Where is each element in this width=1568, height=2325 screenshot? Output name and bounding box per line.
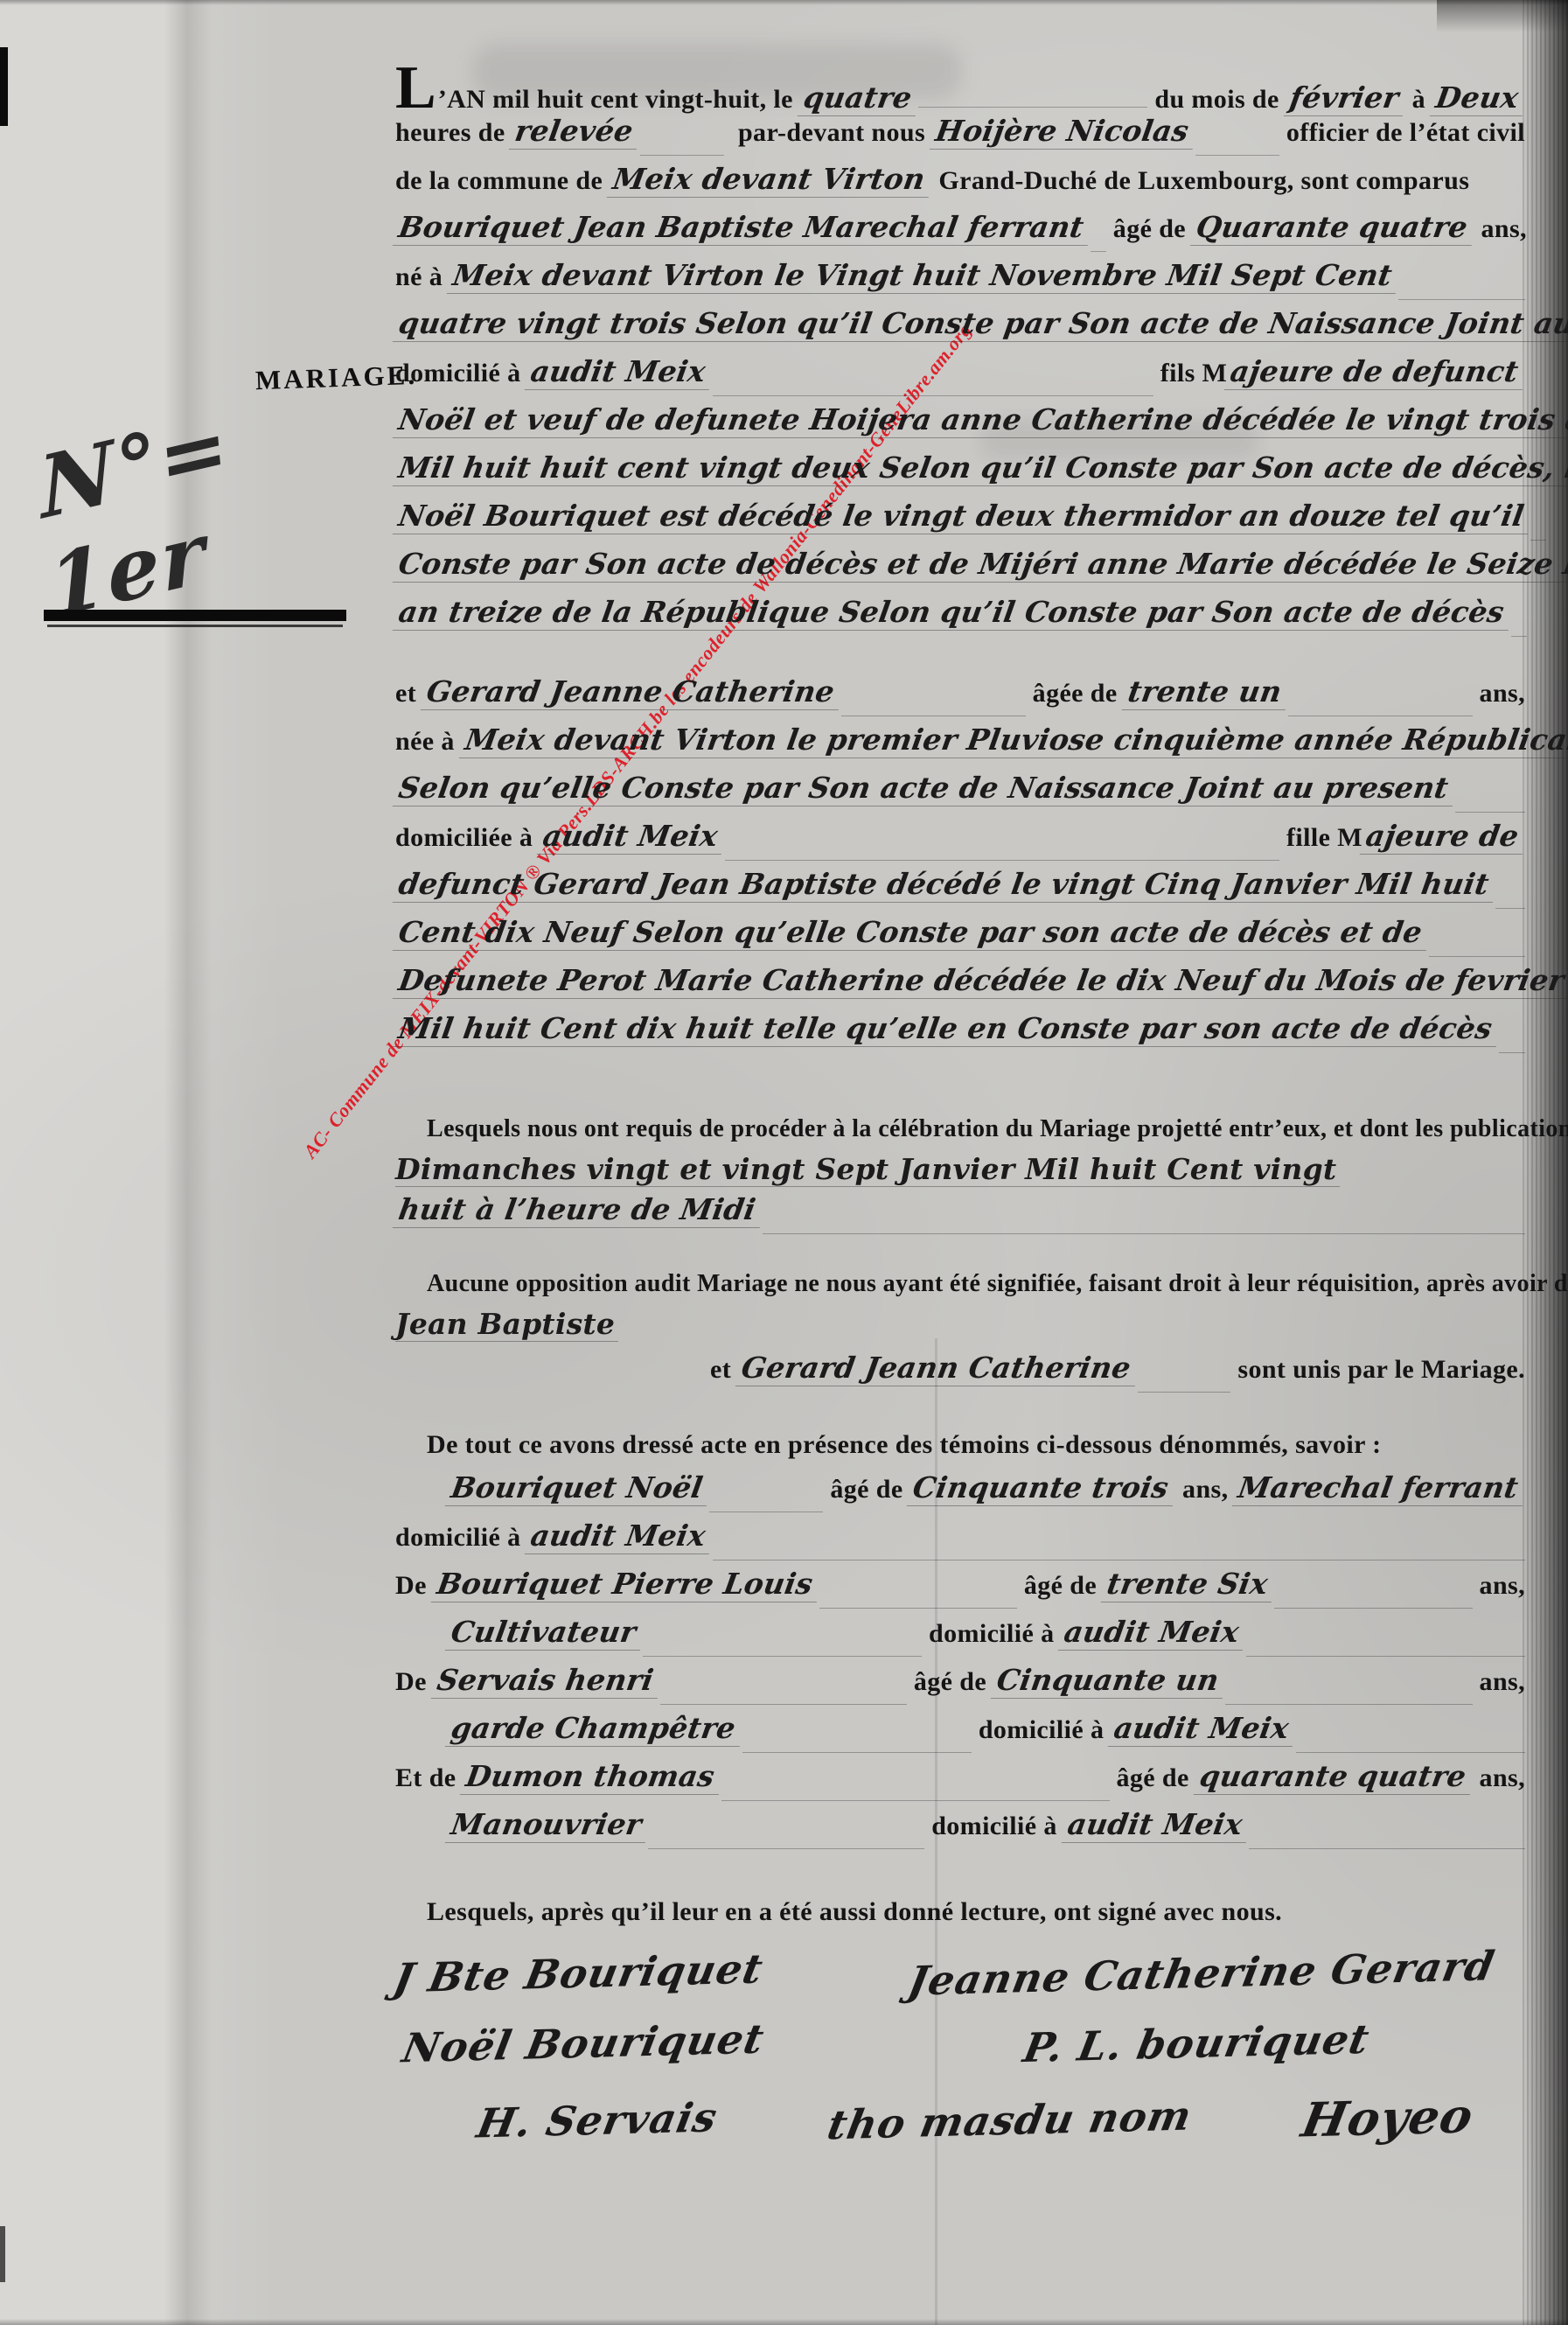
handwritten-text: audit Meix	[1108, 1711, 1299, 1747]
handwritten-text: quatre	[797, 80, 921, 116]
margin-act-number: N°= 1er	[36, 368, 360, 638]
signature: H. Servais	[473, 2093, 721, 2147]
printed-text: Aucune opposition audit Mariage ne nous …	[427, 1270, 1568, 1297]
form-line: Conste par Son acte de décès et de Mijér…	[395, 547, 1525, 595]
form-line: domicilié à audit Meix fils Majeure de d…	[395, 354, 1525, 402]
printed-text: De	[395, 1571, 434, 1601]
blank-rule	[1530, 538, 1546, 541]
printed-text: domiciliée à	[395, 823, 540, 853]
blank-rule	[1225, 1702, 1472, 1705]
handwritten-text: Cent dix Neuf Selon qu’elle Conste par s…	[393, 915, 1432, 951]
signature: Jeanne Catherine Gerard	[904, 1942, 1498, 2004]
printed-text: sont unis par le Mariage.	[1230, 1355, 1525, 1385]
handwritten-text: Meix devant Virton le premier Pluviose c…	[458, 723, 1568, 758]
printed-text: et	[710, 1355, 738, 1385]
paragraph: De tout ce avons dressé acte en présence…	[395, 1425, 1525, 1465]
handwritten-text: garde Champêtre	[445, 1711, 745, 1747]
form-line: domicilié à audit Meix	[395, 1519, 1525, 1567]
blank-rule	[709, 1510, 823, 1512]
handwritten-text: Cultivateur	[445, 1615, 645, 1651]
handwritten-text: audit Meix	[1058, 1615, 1249, 1651]
printed-text: domicilié à	[922, 1619, 1061, 1649]
form-line: De Servais henri âgé de Cinquante un ans…	[395, 1663, 1525, 1711]
handwritten-text: Deux	[1430, 80, 1529, 116]
handwritten-text: trente Six	[1101, 1567, 1278, 1602]
page-edge	[0, 2319, 1568, 2325]
blank-rule	[721, 1798, 1110, 1801]
printed-text: âgé de	[823, 1475, 909, 1505]
printed-text: âgée de	[1026, 679, 1125, 709]
blank-rule	[1138, 1390, 1231, 1393]
blank-rule	[1398, 297, 1525, 300]
blank-rule	[1246, 1654, 1525, 1657]
signature: Noël Bouriquet	[399, 2015, 769, 2072]
handwritten-text: Gerard Jeanne Catherine	[421, 674, 844, 710]
form-line: an treize de la République Selon qu’il C…	[395, 595, 1525, 643]
form-line: Noël Bouriquet est décédé le vingt deux …	[395, 499, 1525, 547]
printed-text: Lesquels, après qu’il leur en a été auss…	[427, 1897, 1282, 1926]
signature: P. L. bouriquet	[1020, 2015, 1374, 2071]
blank-rule	[841, 714, 1026, 716]
printed-text: à	[1405, 85, 1432, 115]
signature: Hoyeo	[1298, 2087, 1479, 2147]
form-line: garde Champêtre domicilié à audit Meix	[395, 1711, 1525, 1759]
handwritten-text: relevée	[509, 114, 643, 150]
printed-text: fille M	[1279, 823, 1362, 853]
form-line: domiciliée à audit Meix fille Majeure de	[395, 819, 1525, 867]
section-bride: et Gerard Jeanne Catherine âgée de trent…	[395, 674, 1525, 1059]
handwritten-text: ajeure de defunct	[1224, 354, 1528, 390]
handwritten-text: Bouriquet Noël	[445, 1470, 713, 1506]
form-line: née à Meix devant Virton le premier Pluv…	[395, 723, 1525, 771]
blank-rule	[819, 1606, 1017, 1609]
printed-text: âgé de	[1110, 1763, 1196, 1793]
blank-rule	[1274, 1606, 1472, 1609]
handwritten-text: quatre vingt trois Selon qu’il Conste pa…	[393, 306, 1568, 342]
handwritten-text: Gerard Jeann Catherine	[735, 1351, 1140, 1386]
blank-rule	[1296, 1750, 1525, 1753]
book-edge	[1523, 0, 1568, 2325]
blank-rule	[648, 1847, 924, 1849]
printed-text: Et de	[395, 1763, 463, 1793]
blank-rule	[1429, 954, 1525, 957]
form-line: Bouriquet Jean Baptiste Marechal ferrant…	[395, 210, 1525, 258]
blank-rule	[918, 105, 1147, 108]
printed-text: et	[395, 679, 423, 709]
form-line: Mil huit huit cent vingt deux Selon qu’i…	[395, 450, 1525, 499]
blank-rule	[1288, 714, 1473, 716]
handwritten-text: février	[1283, 80, 1408, 116]
printed-text: ans,	[1473, 1667, 1525, 1697]
handwritten-text: Noël Bouriquet est décédé le vingt deux …	[393, 499, 1534, 534]
handwritten-text: Defunete Perot Marie Catherine décédée l…	[393, 963, 1568, 999]
handwritten-text: an treize de la République Selon qu’il C…	[393, 595, 1514, 631]
page-corner-shadow	[1437, 0, 1568, 40]
act-body: L’AN mil huit cent vingt-huit, le quatre…	[395, 58, 1525, 2160]
handwritten-text: Cinquante un	[991, 1663, 1229, 1699]
blank-rule	[725, 858, 1279, 861]
printed-text: par-devant nous	[724, 118, 932, 148]
blank-rule	[1511, 634, 1527, 637]
handwritten-text: Mil huit Cent dix huit telle qu’elle en …	[393, 1011, 1502, 1047]
printed-text: du mois de	[1147, 85, 1286, 115]
form-line: et Gerard Jeanne Catherine âgée de trent…	[395, 674, 1525, 723]
handwritten-text: audit Meix	[525, 1519, 715, 1554]
printed-text: ans,	[1473, 1763, 1525, 1793]
handwritten-text: audit Meix	[1061, 1807, 1251, 1843]
signature: J Bte Bouriquet	[390, 1945, 767, 2002]
signature: tho masdu nom	[824, 2092, 1195, 2149]
blank-rule	[1495, 906, 1525, 909]
handwritten-text: Manouvrier	[445, 1807, 652, 1843]
blank-rule	[713, 394, 1153, 396]
scan-edge-mark	[0, 47, 8, 126]
blank-rule	[1195, 153, 1279, 156]
handwritten-text: Bouriquet Jean Baptiste Marechal ferrant	[393, 210, 1093, 246]
form-line: quatre vingt trois Selon qu’il Conste pa…	[395, 306, 1525, 354]
printed-text: de la commune de	[395, 166, 610, 196]
section-witnesses: Bouriquet Noël âgé de Cinquante trois an…	[395, 1470, 1525, 1855]
handwritten-text: trente un	[1121, 674, 1291, 710]
form-line: heures de relevée par-devant nous Hoijèr…	[395, 114, 1525, 162]
form-line: L’AN mil huit cent vingt-huit, le quatre…	[395, 58, 1525, 114]
printed-text: domicilié à	[924, 1812, 1063, 1841]
paragraph: Lesquels nous ont requis de procéder à l…	[395, 1107, 1525, 1192]
drop-cap: L	[395, 58, 436, 119]
signature-row: J Bte BouriquetJeanne Catherine Gerard	[395, 1950, 1525, 2020]
form-line: Noël et veuf de defunete Hoijera anne Ca…	[395, 402, 1525, 450]
handwritten-text: Bouriquet Pierre Louis	[430, 1567, 821, 1602]
form-line: et Gerard Jeann Catherine sont unis par …	[395, 1351, 1525, 1399]
form-line: Bouriquet Noël âgé de Cinquante trois an…	[395, 1470, 1525, 1519]
scan-edge-mark	[0, 2226, 5, 2282]
signature-row: H. Servaistho masdu nomHoyeo	[395, 2090, 1525, 2160]
handwritten-text: Noël et veuf de defunete Hoijera anne Ca…	[393, 402, 1568, 438]
blank-rule	[713, 1558, 1525, 1560]
blank-rule	[640, 153, 724, 156]
printed-text: Grand-Duché de Luxembourg, sont comparus	[932, 166, 1470, 196]
handwritten-text: audit Meix	[537, 819, 728, 855]
handwritten-text: Servais henri	[430, 1663, 662, 1699]
printed-text: ans,	[1473, 679, 1525, 709]
blank-rule	[1091, 249, 1106, 252]
form-line: Et de Dumon thomas âgé de quarante quatr…	[395, 1759, 1525, 1807]
form-line: né à Meix devant Virton le Vingt huit No…	[395, 258, 1525, 306]
printed-text: Lesquels nous ont requis de procéder à l…	[427, 1115, 1568, 1142]
printed-text: ans,	[1473, 1571, 1525, 1601]
printed-text: âgé de	[1017, 1571, 1104, 1601]
handwritten-text: Hoijère Nicolas	[930, 114, 1198, 150]
handwritten-text: Mil huit huit cent vingt deux Selon qu’i…	[393, 450, 1568, 486]
form-line: De Bouriquet Pierre Louis âgé de trente …	[395, 1567, 1525, 1615]
section-publications: Lesquels nous ont requis de procéder à l…	[395, 1107, 1525, 1192]
printed-text: De	[395, 1667, 434, 1697]
document-scan: MARIAGE. N°= 1er AC- Commune de MEIX-dev…	[0, 0, 1568, 2325]
printed-text: né à	[395, 262, 449, 292]
handwritten-text: huit à l’heure de Midi	[393, 1192, 765, 1228]
section-publications-2: huit à l’heure de Midi	[395, 1192, 1525, 1240]
blank-rule	[1249, 1847, 1525, 1849]
form-line: Mil huit Cent dix huit telle qu’elle en …	[395, 1011, 1525, 1059]
section-signatures: J Bte BouriquetJeanne Catherine GerardNo…	[395, 1950, 1525, 2160]
handwritten-text: quarante quatre	[1193, 1759, 1475, 1795]
section-union: et Gerard Jeann Catherine sont unis par …	[395, 1351, 1525, 1399]
form-line: Cent dix Neuf Selon qu’elle Conste par s…	[395, 915, 1525, 963]
handwritten-text: Conste par Son acte de décès et de Mijér…	[393, 547, 1568, 583]
handwritten-text: ajeure de	[1360, 819, 1529, 855]
handwritten-text: Quarante quatre	[1190, 210, 1477, 246]
blank-rule	[643, 1654, 922, 1657]
form-line: de la commune de Meix devant Virton Gran…	[395, 162, 1525, 210]
handwritten-text: Marechal ferrant	[1232, 1470, 1528, 1506]
printed-text: âgé de	[907, 1667, 993, 1697]
form-line: defunct Gerard Jean Baptiste décédé le v…	[395, 867, 1525, 915]
page-edge	[0, 0, 1568, 5]
blank-rule	[1499, 1051, 1525, 1053]
margin-separator-bar	[44, 610, 346, 621]
section-witness-intro: De tout ce avons dressé acte en présence…	[395, 1425, 1525, 1465]
handwritten-text: Meix devant Virton	[607, 162, 935, 198]
form-line: Cultivateur domicilié à audit Meix	[395, 1615, 1525, 1663]
form-line: huit à l’heure de Midi	[395, 1192, 1525, 1240]
signature-row: Noël BouriquetP. L. bouriquet	[395, 2020, 1525, 2090]
blank-rule	[660, 1702, 907, 1705]
handwritten-text: Cinquante trois	[907, 1470, 1178, 1506]
section-opening: L’AN mil huit cent vingt-huit, le quatre…	[395, 58, 1525, 643]
paragraph: Aucune opposition audit Mariage ne nous …	[395, 1261, 1525, 1347]
printed-text: heures de	[395, 118, 512, 148]
handwritten-text: audit Meix	[525, 354, 715, 390]
section-closing: Lesquels, après qu’il leur en a été auss…	[395, 1892, 1525, 1932]
form-line: Defunete Perot Marie Catherine décédée l…	[395, 963, 1525, 1011]
printed-text: De tout ce avons dressé acte en présence…	[427, 1430, 1382, 1459]
printed-text: officier de l’état civil	[1279, 118, 1525, 148]
handwritten-text: Meix devant Virton le Vingt huit Novembr…	[447, 258, 1402, 294]
blank-rule	[742, 1750, 972, 1753]
printed-text: ans,	[1175, 1475, 1235, 1505]
printed-text: fils M	[1153, 359, 1227, 388]
printed-text: ans,	[1474, 214, 1527, 244]
printed-text: domicilié à	[395, 1523, 527, 1553]
blank-rule	[1455, 810, 1525, 813]
form-line: Selon qu’elle Conste par Son acte de Nai…	[395, 771, 1525, 819]
printed-text: domicilié à	[395, 359, 527, 388]
form-line: Manouvrier domicilié à audit Meix	[395, 1807, 1525, 1855]
section-opposition: Aucune opposition audit Mariage ne nous …	[395, 1261, 1525, 1347]
paragraph: Lesquels, après qu’il leur en a été auss…	[395, 1892, 1525, 1932]
printed-text: ’AN mil huit cent vingt-huit, le	[438, 85, 800, 115]
printed-text: âgé de	[1106, 214, 1193, 244]
handwritten-text: defunct Gerard Jean Baptiste décédé le v…	[393, 867, 1499, 903]
handwritten-text: Selon qu’elle Conste par Son acte de Nai…	[393, 771, 1458, 806]
printed-text: née à	[395, 727, 462, 757]
handwritten-text: Dumon thomas	[460, 1759, 724, 1795]
printed-text: domicilié à	[972, 1715, 1111, 1745]
blank-rule	[763, 1232, 1525, 1234]
